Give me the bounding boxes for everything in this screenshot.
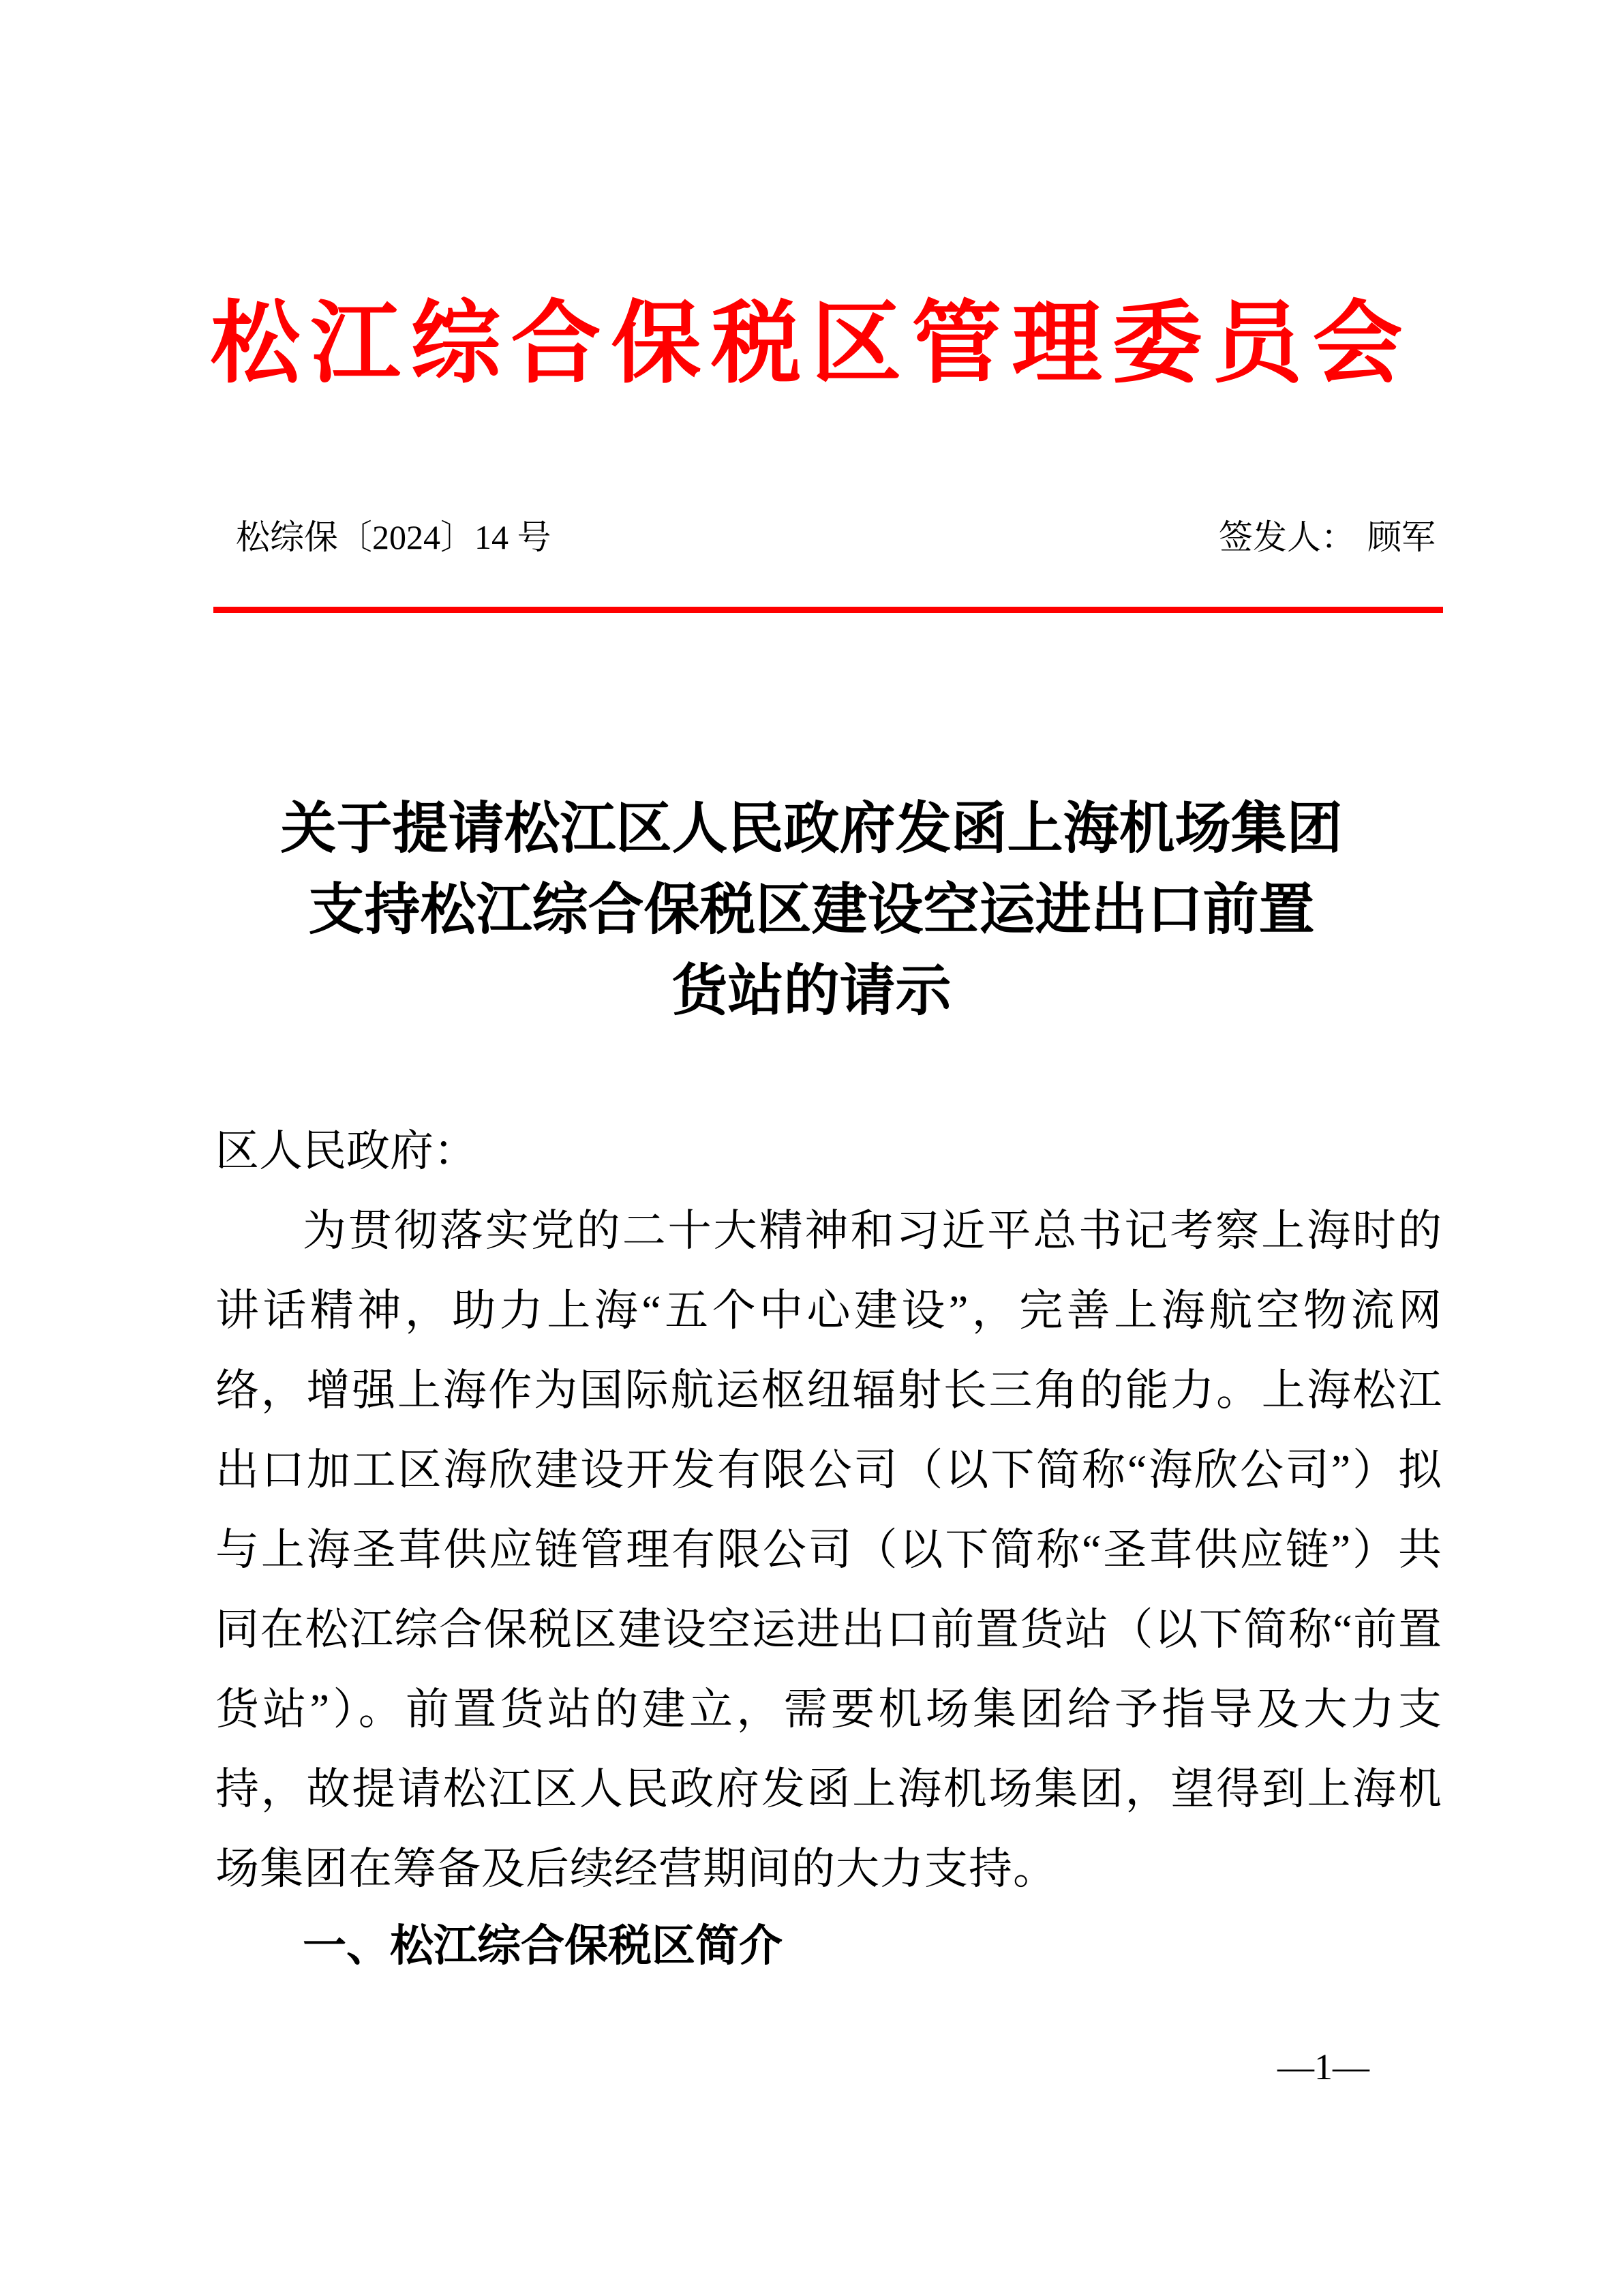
red-separator-rule: [213, 607, 1443, 613]
doc-meta-row: 松综保〔2024〕14 号 签发人：顾军: [215, 517, 1442, 558]
letterhead-agency-title: 松江综合保税区管理委员会: [0, 294, 1623, 393]
document-title-line-2: 支持松江综合保税区建设空运进出口前置: [0, 869, 1623, 950]
doc-number: 松综保〔2024〕14 号: [215, 517, 551, 558]
document-title: 关于提请松江区人民政府发函上海机场集团 支持松江综合保税区建设空运进出口前置 货…: [0, 788, 1623, 1031]
salutation: 区人民政府：: [215, 1111, 1442, 1191]
document-title-line-1: 关于提请松江区人民政府发函上海机场集团: [0, 788, 1623, 869]
page-number: —1—: [1277, 2045, 1369, 2089]
document-title-line-3: 货站的请示: [0, 950, 1623, 1031]
body-paragraph: 为贯彻落实党的二十大精神和习近平总书记考察上海时的讲话精神，助力上海“五个中心建…: [215, 1191, 1442, 1909]
document-page: 松江综合保税区管理委员会 松综保〔2024〕14 号 签发人：顾军 关于提请松江…: [0, 0, 1623, 2296]
issuer: 签发人：顾军: [1219, 517, 1442, 558]
section-heading: 一、松江综合保税区简介: [215, 1906, 1442, 1986]
issuer-name: 顾军: [1367, 518, 1436, 556]
issuer-label: 签发人：: [1219, 518, 1355, 556]
